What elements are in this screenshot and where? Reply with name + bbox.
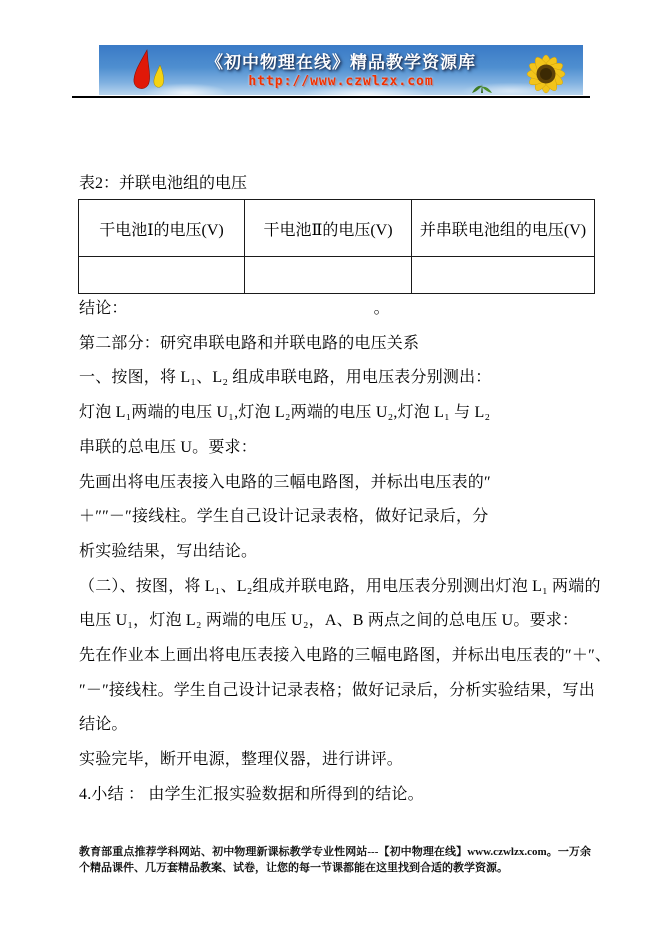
- doc-line: 灯泡 L₁两端的电压 U₁,灯泡 L₂两端的电压 U₂,灯泡 L₁ 与 L₂: [79, 396, 593, 431]
- conclusion-label: 结论：: [79, 300, 128, 317]
- sunflower-icon: [523, 53, 569, 95]
- table-data-row: [79, 257, 595, 294]
- table-header-cell: 并串联电池组的电压(V): [412, 200, 595, 257]
- site-title: 《初中物理在线》精品教学资源库: [99, 48, 583, 73]
- doc-line: 一、按图，将 L₁、L₂ 组成串联电路，用电压表分别测出：: [79, 361, 593, 396]
- table-data-cell: [412, 257, 595, 294]
- header-divider: [72, 96, 590, 98]
- doc-line: 先在作业本上画出将电压表接入电路的三幅电路图，并标出电压表的″＋″、: [79, 639, 593, 674]
- site-banner: 《初中物理在线》精品教学资源库 http://www.czwlzx.com: [99, 45, 583, 95]
- voltage-table: 干电池Ⅰ的电压(V) 干电池Ⅱ的电压(V) 并串联电池组的电压(V): [78, 199, 595, 294]
- table-data-cell: [79, 257, 245, 294]
- grass-plant-icon: [469, 81, 495, 93]
- doc-line: 结论。: [79, 708, 593, 743]
- doc-line: ＋″″－″接线柱。学生自己设计记录表格，做好记录后，分: [79, 500, 593, 535]
- table-header-cell: 干电池Ⅱ的电压(V): [245, 200, 412, 257]
- doc-line: 先画出将电压表接入电路的三幅电路图，并标出电压表的″: [79, 466, 593, 501]
- document-body: 结论：。 第二部分：研究串联电路和并联电路的电压关系 一、按图，将 L₁、L₂ …: [79, 292, 593, 813]
- doc-line: ″－″接线柱。学生自己设计记录表格；做好记录后，分析实验结果，写出: [79, 674, 593, 709]
- doc-line: 4.小结 ： 由学生汇报实验数据和所得到的结论。: [79, 778, 593, 813]
- doc-line: 实验完毕，断开电源，整理仪器，进行讲评。: [79, 743, 593, 778]
- doc-line: 第二部分：研究串联电路和并联电路的电压关系: [79, 327, 593, 362]
- conclusion-period: 。: [374, 300, 390, 317]
- table-header-cell: 干电池Ⅰ的电压(V): [79, 200, 245, 257]
- doc-line: 串联的总电压 U。要求：: [79, 431, 593, 466]
- site-url-link[interactable]: http://www.czwlzx.com: [99, 74, 583, 89]
- doc-line: （二）、按图，将 L₁、L₂组成并联电路，用电压表分别测出灯泡 L₁ 两端的: [79, 570, 593, 605]
- table-header-row: 干电池Ⅰ的电压(V) 干电池Ⅱ的电压(V) 并串联电池组的电压(V): [79, 200, 595, 257]
- doc-line: 析实验结果，写出结论。: [79, 535, 593, 570]
- conclusion-line: 结论：。: [79, 292, 593, 327]
- banner-text-block: 《初中物理在线》精品教学资源库 http://www.czwlzx.com: [99, 48, 583, 89]
- table-caption: 表2：并联电池组的电压: [79, 170, 247, 193]
- doc-line: 电压 U₁，灯泡 L₂ 两端的电压 U₂，A、B 两点之间的总电压 U。要求：: [79, 604, 593, 639]
- table-data-cell: [245, 257, 412, 294]
- document-page: 《初中物理在线》精品教学资源库 http://www.czwlzx.com: [0, 0, 661, 936]
- page-footer: 教育部重点推荐学科网站、初中物理新课标教学专业性网站---【初中物理在线】www…: [79, 844, 591, 876]
